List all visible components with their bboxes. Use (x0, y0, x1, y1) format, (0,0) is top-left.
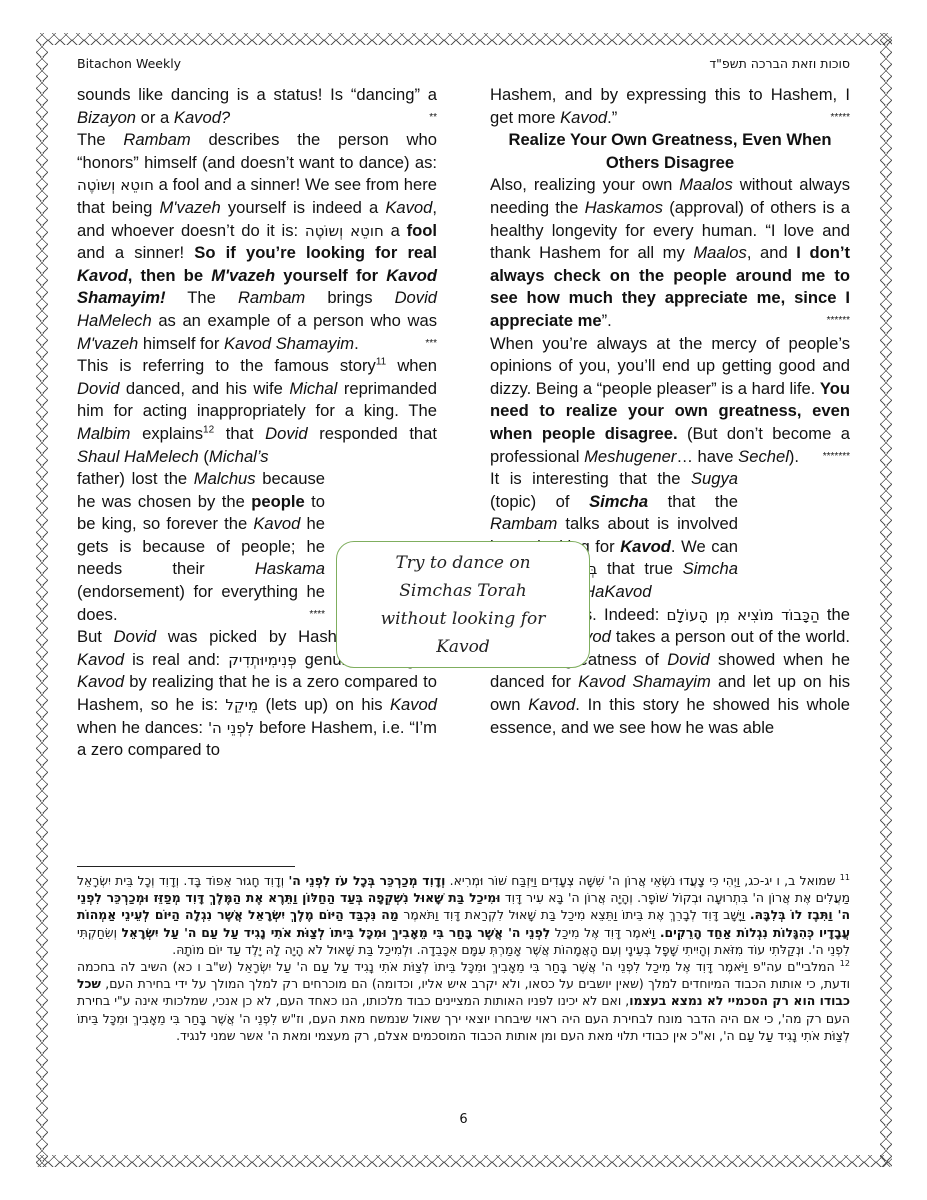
footnote-11: 11 שמואל ב, ו יג-כג, וַיְהִי כִּי צָעֲדו… (77, 872, 850, 958)
paragraph: Hashem, and by expressing this to Hashem… (490, 84, 850, 129)
paragraph: This is referring to the famous story11 … (77, 355, 437, 468)
footnote-separator (77, 866, 295, 867)
page-number: 6 (0, 1112, 927, 1127)
paragraph: Also, realizing your own Maalos without … (490, 174, 850, 332)
paragraph: When you’re always at the mercy of peopl… (490, 333, 850, 469)
border-left (36, 33, 48, 1167)
border-bottom (36, 1155, 892, 1167)
paragraph: sounds like dancing is a status! Is “dan… (77, 84, 437, 129)
section-separator-stars: *** (425, 333, 437, 356)
section-heading: Realize Your Own Greatness, Even When Ot… (490, 129, 850, 174)
border-right (880, 33, 892, 1167)
section-separator-stars: ******* (823, 446, 850, 469)
paragraph: The Rambam describes the person who “hon… (77, 129, 437, 355)
border-top (36, 33, 892, 45)
page-header: Bitachon Weekly סוכות וזאת הברכה תשפ"ד (77, 56, 850, 76)
section-separator-stars: **** (309, 604, 325, 627)
footnote-ref-11[interactable]: 11 (376, 357, 386, 368)
pull-quote-text: Try to dance on Simchas Torah without lo… (381, 549, 546, 661)
paragraph-wrapped: father) lost the Malchus because he was … (77, 468, 325, 626)
section-separator-stars: ****** (827, 310, 850, 333)
section-separator-stars: ***** (831, 107, 850, 130)
issue-title-hebrew: סוכות וזאת הברכה תשפ"ד (709, 56, 850, 71)
pull-quote-callout: Try to dance on Simchas Torah without lo… (336, 541, 590, 668)
footnote-ref-12[interactable]: 12 (203, 424, 214, 435)
publication-title: Bitachon Weekly (77, 56, 181, 71)
section-separator-stars: ** (429, 107, 437, 130)
footnotes: 11 שמואל ב, ו יג-כג, וַיְהִי כִּי צָעֲדו… (77, 872, 850, 1044)
footnote-12: 12 המלבי"ם עה"פ וַיֹּאמֶר דָּוִד אֶל מִי… (77, 958, 850, 1044)
